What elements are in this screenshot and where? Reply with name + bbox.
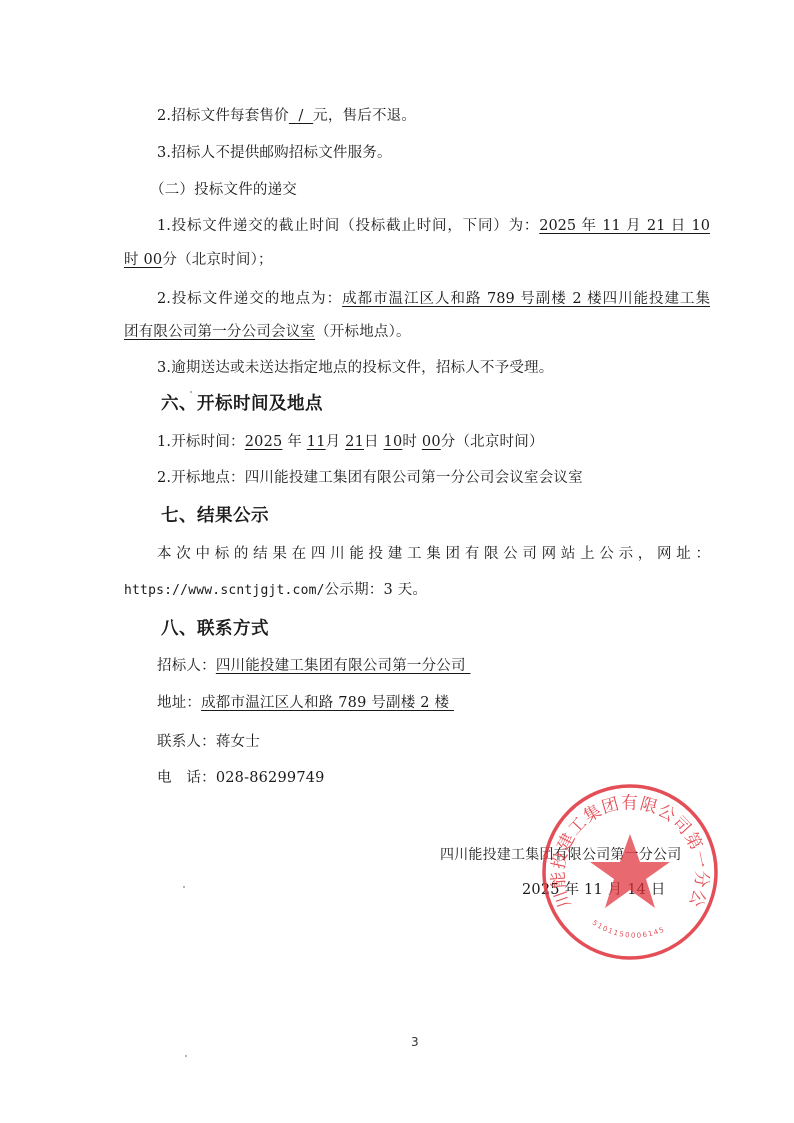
- deadline-time: 时 00: [124, 252, 162, 268]
- publication-url-line: https://www.scntjgjt.com/公示期：3 天。: [124, 580, 427, 601]
- opening-year: 2025: [245, 434, 283, 450]
- price-prefix: 2.招标文件每套售价: [157, 108, 289, 124]
- publication-line: 本次中标的结果在四川能投建工集团有限公司网站上公示，网址：: [157, 544, 710, 564]
- location-value-1: 成都市温江区人和路 789 号副楼 2 楼四川能投建工集: [342, 291, 710, 307]
- scan-speck: [190, 391, 192, 393]
- scan-speck: [183, 886, 185, 888]
- late-submission-line: 3.逾期送达或未送达指定地点的投标文件，招标人不予受理。: [157, 358, 553, 378]
- location-prefix: 2.投标文件递交的地点为：: [157, 291, 342, 307]
- address-label: 地址：: [157, 695, 201, 711]
- section-7-title: 七、结果公示: [161, 505, 269, 527]
- contact-line: 联系人：蒋女士: [157, 732, 260, 752]
- location-line: 2.投标文件递交的地点为：成都市温江区人和路 789 号副楼 2 楼四川能投建工…: [157, 289, 710, 309]
- phone-value: 028-86299749: [216, 770, 325, 786]
- signature-date: 2025 年 11 月 14 日: [522, 880, 666, 900]
- opening-time-label: 1.开标时间：: [157, 434, 245, 450]
- deadline-date: 2025 年 11 月 21 日 10: [539, 218, 710, 234]
- opening-hour: 10: [384, 434, 403, 450]
- document-page: 2.招标文件每套售价 / 元，售后不退。 3.招标人不提供邮购招标文件服务。 （…: [0, 0, 794, 1123]
- scan-speck: [700, 299, 702, 301]
- signature-company: 四川能投建工集团有限公司第一分公司: [440, 845, 681, 865]
- opening-day: 21: [345, 434, 364, 450]
- section-6-title: 六、开标时间及地点: [161, 393, 323, 415]
- address-value: 成都市温江区人和路 789 号副楼 2 楼: [201, 695, 454, 711]
- price-value: /: [289, 108, 313, 124]
- page-number: 3: [411, 1035, 419, 1049]
- location-suffix: （开标地点）。: [315, 324, 411, 340]
- location-line-2: 团有限公司第一分公司会议室（开标地点）。: [124, 322, 411, 342]
- deadline-line-2: 时 00分（北京时间）；: [124, 250, 273, 270]
- year-unit: 年: [287, 434, 302, 450]
- deadline-suffix: 分（北京时间）；: [162, 252, 272, 268]
- hour-unit: 时: [402, 434, 417, 450]
- tenderer-value: 四川能投建工集团有限公司第一分公司: [216, 658, 471, 674]
- day-unit: 日: [364, 434, 379, 450]
- tenderer-line: 招标人：四川能投建工集团有限公司第一分公司: [157, 656, 471, 676]
- publication-url: https://www.scntjgjt.com/: [124, 583, 325, 598]
- company-seal-icon: 四川能投建工集团有限公司第一分公司 5101150006145: [540, 782, 720, 962]
- section-8-title: 八、联系方式: [161, 618, 269, 640]
- address-line: 地址：成都市温江区人和路 789 号副楼 2 楼: [157, 693, 454, 713]
- phone-line: 电 话：028-86299749: [157, 768, 325, 788]
- price-line: 2.招标文件每套售价 / 元，售后不退。: [157, 106, 416, 126]
- opening-location-line: 2.开标地点：四川能投建工集团有限公司第一分公司会议室会议室: [157, 468, 583, 488]
- deadline-prefix: 1.投标文件递交的截止时间（投标截止时间，下同）为：: [157, 218, 539, 234]
- contact-value: 蒋女士: [216, 734, 260, 750]
- subsection-title: （二）投标文件的递交: [150, 180, 297, 200]
- price-suffix: 元，售后不退。: [313, 108, 416, 124]
- publication-period: 公示期：3 天。: [325, 582, 427, 598]
- month-unit: 月: [326, 434, 341, 450]
- svg-text:5101150006145: 5101150006145: [591, 919, 667, 940]
- opening-minute: 00: [422, 434, 441, 450]
- phone-label: 电 话：: [157, 770, 216, 786]
- opening-month: 11: [307, 434, 326, 450]
- tenderer-label: 招标人：: [157, 658, 216, 674]
- minute-unit: 分（北京时间）: [441, 434, 544, 450]
- scan-speck: [185, 1055, 187, 1057]
- no-mail-line: 3.招标人不提供邮购招标文件服务。: [157, 143, 392, 163]
- location-value-2: 团有限公司第一分公司会议室: [124, 324, 315, 340]
- deadline-line: 1.投标文件递交的截止时间（投标截止时间，下同）为：2025 年 11 月 21…: [157, 216, 710, 236]
- contact-label: 联系人：: [157, 734, 216, 750]
- opening-time-line: 1.开标时间：2025 年 11月 21日 10时 00分（北京时间）: [157, 432, 544, 452]
